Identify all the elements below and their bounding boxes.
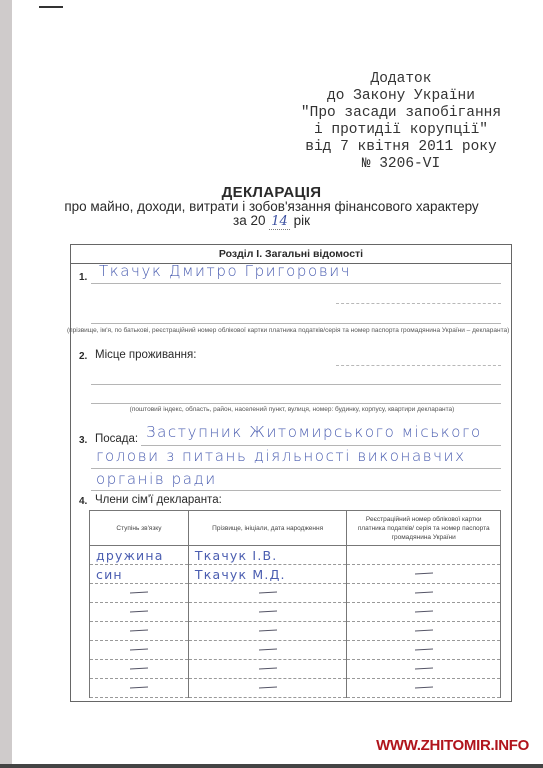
blank-dash xyxy=(130,592,148,594)
relationship-cell xyxy=(90,660,189,679)
blank-dash xyxy=(415,573,433,575)
scan-mark xyxy=(39,6,63,8)
relationship-cell xyxy=(90,679,189,698)
name-cell: Ткачук М.Д. xyxy=(188,565,347,584)
table-row xyxy=(90,660,501,679)
relationship-cell: дружина xyxy=(90,546,189,565)
year-suffix: рік xyxy=(294,213,310,228)
name-line-2 xyxy=(336,303,501,304)
scan-bottom-edge xyxy=(0,764,543,768)
blank-dash xyxy=(415,668,433,670)
item4-number: 4. xyxy=(79,496,87,507)
blank-dash xyxy=(130,687,148,689)
table-row xyxy=(90,679,501,698)
name-cell xyxy=(188,584,347,603)
position-rule-1 xyxy=(141,445,501,446)
tax-id-cell xyxy=(347,660,501,679)
table-row xyxy=(90,584,501,603)
name-cell xyxy=(188,660,347,679)
section-general-info: Розділ І. Загальні відомості 1. Ткачук Д… xyxy=(70,244,512,702)
name-line-3 xyxy=(91,323,501,324)
table-row: синТкачук М.Д. xyxy=(90,565,501,584)
tax-id-cell xyxy=(347,679,501,698)
col-relationship: Ступінь зв'язку xyxy=(90,511,189,546)
position-rule-2 xyxy=(91,468,501,469)
col-tax-id: Реєстраційний номер облікової картки пла… xyxy=(347,511,501,546)
position-line-2: голови з питань діяльності виконавчих xyxy=(96,447,466,465)
tax-id-cell xyxy=(347,641,501,660)
blank-dash xyxy=(415,687,433,689)
blank-dash xyxy=(259,649,277,651)
year-handwritten: 14 xyxy=(269,214,290,230)
site-watermark: WWW.ZHITOMIR.INFO xyxy=(376,737,529,754)
item4-label: Члени сім'ї декларанта: xyxy=(95,494,222,506)
blank-dash xyxy=(259,630,277,632)
tax-id-cell xyxy=(347,622,501,641)
item3-number: 3. xyxy=(79,435,87,446)
name-cell xyxy=(188,641,347,660)
blank-dash xyxy=(130,668,148,670)
position-line-1: Заступник Житомирського міського xyxy=(146,423,482,441)
declaration-year: за 20 14 рік xyxy=(0,213,543,230)
relationship-cell xyxy=(90,584,189,603)
address-line-1 xyxy=(336,365,501,366)
tax-id-cell xyxy=(347,584,501,603)
name-cell: Ткачук І.В. xyxy=(188,546,347,565)
stamp-line: Додаток xyxy=(281,71,521,88)
stamp-line: № 3206-VI xyxy=(281,156,521,173)
position-line-3: органів ради xyxy=(96,470,217,488)
stamp-line: і протидії корупції" xyxy=(281,122,521,139)
item2-number: 2. xyxy=(79,351,87,362)
item1-caption: (прізвище, ім'я, по батькові, реєстрацій… xyxy=(67,327,509,334)
col-name-initials: Прізвище, ініціали, дата народження xyxy=(188,511,347,546)
relationship-cell xyxy=(90,603,189,622)
declarant-name: Ткачук Дмитро Григорович xyxy=(99,262,351,280)
relationship-cell xyxy=(90,641,189,660)
position-rule-3 xyxy=(91,490,501,491)
tax-id-cell xyxy=(347,546,501,565)
blank-dash xyxy=(415,592,433,594)
item3-label: Посада: xyxy=(95,433,138,445)
document-subtitle: про майно, доходи, витрати і зобов'язанн… xyxy=(0,199,543,214)
law-annex-stamp: Додаток до Закону України "Про засади за… xyxy=(281,71,521,173)
address-line-2 xyxy=(91,384,501,385)
name-cell xyxy=(188,622,347,641)
blank-dash xyxy=(259,687,277,689)
table-row xyxy=(90,603,501,622)
blank-dash xyxy=(130,630,148,632)
address-line-3 xyxy=(91,403,501,404)
blank-dash xyxy=(259,611,277,613)
blank-dash xyxy=(415,611,433,613)
tax-id-cell xyxy=(347,603,501,622)
table-row: дружинаТкачук І.В. xyxy=(90,546,501,565)
name-cell xyxy=(188,603,347,622)
tax-id-cell xyxy=(347,565,501,584)
stamp-line: від 7 квітня 2011 року xyxy=(281,139,521,156)
scan-edge xyxy=(0,0,12,768)
table-row xyxy=(90,622,501,641)
item1-number: 1. xyxy=(79,272,87,283)
family-members-table: Ступінь зв'язку Прізвище, ініціали, дата… xyxy=(89,510,501,698)
relationship-cell: син xyxy=(90,565,189,584)
blank-dash xyxy=(415,649,433,651)
stamp-line: "Про засади запобігання xyxy=(281,105,521,122)
blank-dash xyxy=(415,630,433,632)
item2-caption: (поштовий індекс, область, район, населе… xyxy=(71,406,513,413)
name-cell xyxy=(188,679,347,698)
item2-label: Місце проживання: xyxy=(95,349,196,361)
name-line xyxy=(91,283,501,284)
year-prefix: за 20 xyxy=(233,213,265,228)
blank-dash xyxy=(259,592,277,594)
table-row xyxy=(90,641,501,660)
stamp-line: до Закону України xyxy=(281,88,521,105)
relationship-cell xyxy=(90,622,189,641)
blank-dash xyxy=(259,668,277,670)
blank-dash xyxy=(130,611,148,613)
blank-dash xyxy=(130,649,148,651)
